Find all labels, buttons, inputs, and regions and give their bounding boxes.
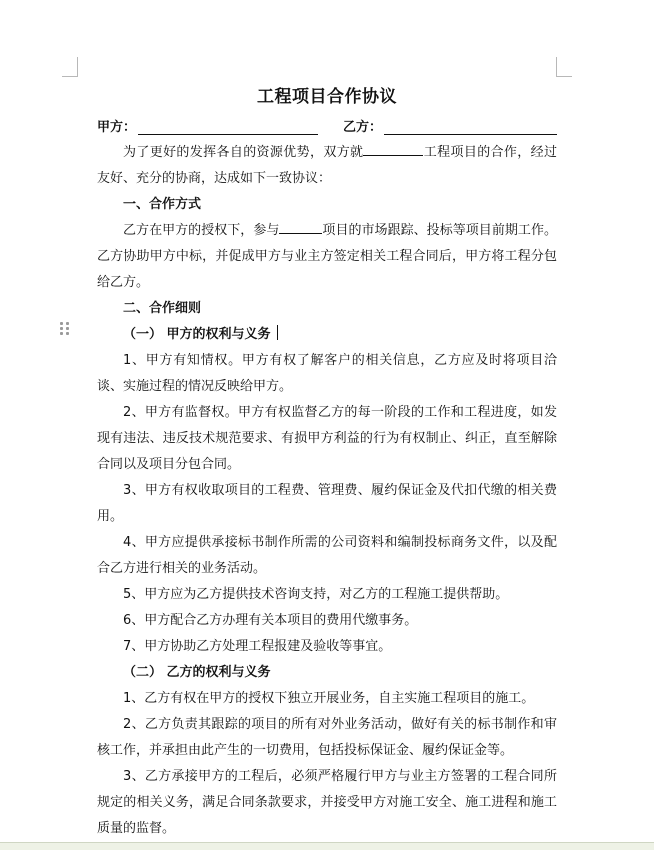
party-a-blank[interactable]	[138, 120, 318, 135]
party-a-item-1: 1、甲方有知情权。甲方有权了解客户的相关信息，乙方应及时将项目洽谈、实施过程的情…	[97, 348, 557, 400]
document-title: 工程项目合作协议	[0, 82, 654, 107]
party-a-item-4: 4、甲方应提供承接标书制作所需的公司资料和编制投标商务文件，以及配合乙方进行相关…	[97, 530, 557, 582]
intro-paragraph: 为了更好的发挥各自的资源优势，双方就工程项目的合作，经过友好、充分的协商，达成如…	[97, 140, 557, 192]
section1-text-start: 乙方在甲方的授权下，参与	[123, 223, 279, 238]
document-body[interactable]: 为了更好的发挥各自的资源优势，双方就工程项目的合作，经过友好、充分的协商，达成如…	[97, 140, 557, 842]
subsection-heading-party-b: （二） 乙方的权利与义务	[97, 660, 557, 686]
party-b-item-1: 1、乙方有权在甲方的授权下独立开展业务，自主实施工程项目的施工。	[97, 686, 557, 712]
margin-corner-top-right	[556, 57, 572, 77]
party-a: 甲方：	[97, 116, 318, 135]
section1-paragraph: 乙方在甲方的授权下，参与项目的市场跟踪、投标等项目前期工作。乙方协助甲方中标，并…	[97, 218, 557, 296]
margin-corner-top-left	[62, 57, 78, 77]
section1-project-blank[interactable]	[279, 218, 322, 234]
party-line: 甲方： 乙方：	[97, 116, 557, 134]
section-heading-1: 一、合作方式	[97, 192, 557, 218]
party-b-blank[interactable]	[384, 120, 557, 135]
paragraph-drag-handle-icon[interactable]	[60, 322, 70, 336]
party-a-item-5: 5、甲方应为乙方提供技术咨询支持，对乙方的工程施工提供帮助。	[97, 582, 557, 608]
party-a-item-3: 3、甲方有权收取项目的工程费、管理费、履约保证金及代扣代缴的相关费用。	[97, 478, 557, 530]
status-bar-edge	[0, 842, 654, 850]
subsection-heading-party-a: （一） 甲方的权利与义务	[97, 322, 557, 348]
party-b-item-3: 3、乙方承接甲方的工程后，必须严格履行甲方与业主方签署的工程合同所规定的相关义务…	[97, 764, 557, 842]
party-b: 乙方：	[343, 116, 557, 135]
project-name-blank[interactable]	[363, 140, 423, 156]
party-a-item-6: 6、甲方配合乙方办理有关本项目的费用代缴事务。	[97, 608, 557, 634]
party-a-label: 甲方：	[97, 116, 136, 135]
document-page[interactable]: 工程项目合作协议 甲方： 乙方： 为了更好的发挥各自的资源优势，双方就工程项目的…	[0, 0, 654, 842]
party-a-item-7: 7、甲方协助乙方处理工程报建及验收等事宜。	[97, 634, 557, 660]
party-a-item-2: 2、甲方有监督权。甲方有权监督乙方的每一阶段的工作和工程进度，如发现有违法、违反…	[97, 400, 557, 478]
subsection-a-title: （一） 甲方的权利与义务	[123, 327, 271, 342]
party-b-item-2: 2、乙方负责其跟踪的项目的所有对外业务活动，做好有关的标书制作和审核工作，并承担…	[97, 712, 557, 764]
party-b-label: 乙方：	[343, 116, 382, 135]
text-cursor	[277, 325, 279, 340]
section-heading-2: 二、合作细则	[97, 296, 557, 322]
intro-text-start: 为了更好的发挥各自的资源优势，双方就	[123, 145, 363, 160]
